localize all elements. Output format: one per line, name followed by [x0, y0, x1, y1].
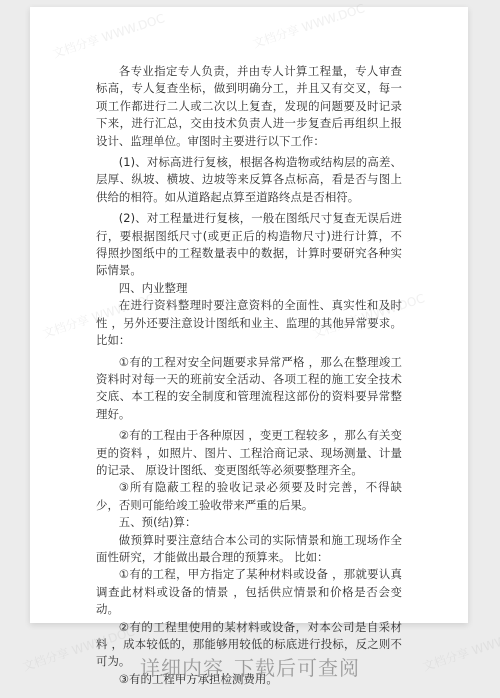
- paragraph-section-4-point-2: ②有的工程由于各种原因 ，变更工程较多 ，那么有关变更的资料 ，如照片、图片、工…: [96, 427, 402, 479]
- section-heading-4: 四、内业整理: [96, 280, 402, 297]
- section-heading-5: 五、预(结)算：: [96, 514, 402, 531]
- paragraph-item-1: (1)、对标高进行复核，根据各构造物或结构层的高差、层厚、纵坡、横坡、边坡等来反…: [96, 154, 402, 206]
- download-prompt-right: 下载后可查阅: [234, 656, 360, 680]
- watermark: 文档分享 WWW.DOC: [250, 0, 366, 52]
- paragraph-section-5-intro: 做预算时要注意结合本公司的实际情景和施工现场作全面性研究，才能做出最合理的预算来…: [96, 532, 402, 567]
- paragraph-item-2: (2)、对工程量进行复核，一般在图纸尺寸复查无误后进行，要根据图纸尺寸(或更正后…: [96, 210, 402, 280]
- paragraph-section-5-point-1: ①有的工程，甲方指定了某种材料或设备 ，那就要认真调查此材料或设备的情景 ，包括…: [96, 566, 402, 618]
- download-prompt-left: 详细内容: [140, 656, 224, 680]
- paragraph-section-4-point-3: ③所有隐蔽工程的验收记录必须要及时完善，不得缺少，否则可能给竣工验收带来严重的后…: [96, 479, 402, 514]
- document-page: 文档分享 WWW.DOC 文档分享 WWW.DOC 文档分享 WWW.DOC 文…: [30, 7, 468, 623]
- paragraph-section-4-intro: 在进行资料整理时要注意资料的全面性、真实性和及时性 ，另外还要注意设计图纸和业主…: [96, 297, 402, 349]
- paragraph-intro: 各专业指定专人负责，并由专人计算工程量，专人审查标高，专人复查坐标，做到明确分工…: [96, 63, 402, 150]
- watermark: 文档分享 WWW.DOC: [50, 9, 166, 61]
- download-prompt[interactable]: 详细内容下载后可查阅: [0, 652, 500, 681]
- paragraph-section-4-point-1: ①有的工程对安全问题要求异常严格 ，那么在整理竣工资料时对每一天的班前安全活动、…: [96, 354, 402, 424]
- document-body: 各专业指定专人负责，并由专人计算工程量，专人审查标高，专人复查坐标，做到明确分工…: [96, 63, 402, 688]
